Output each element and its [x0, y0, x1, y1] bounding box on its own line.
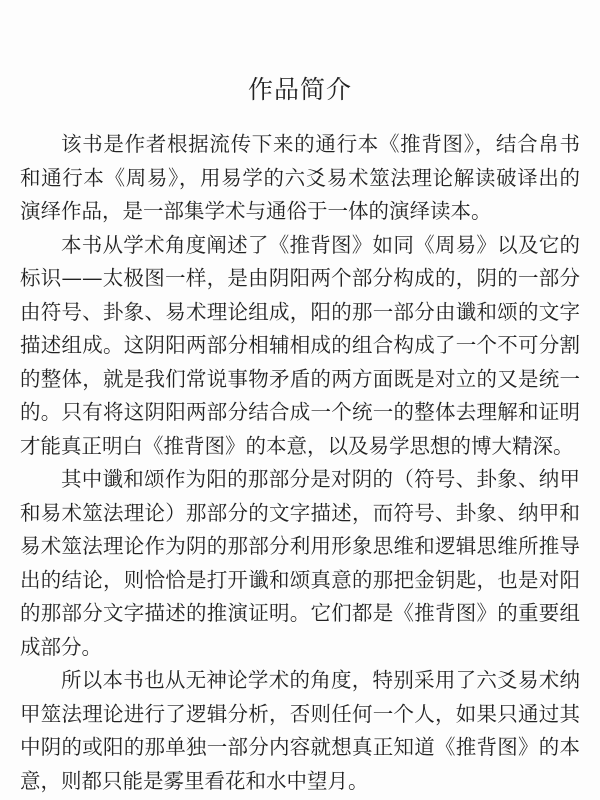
paragraph-4: 所以本书也从无神论学术的角度，特别采用了六爻易术纳甲筮法理论进行了逻辑分析，否则… — [20, 664, 580, 798]
paragraph-1: 该书是作者根据流传下来的通行本《推背图》，结合帛书和通行本《周易》，用易学的六爻… — [20, 128, 580, 229]
paragraph-3: 其中谶和颂作为阳的那部分是对阴的（符号、卦象、纳甲和易术筮法理论）那部分的文字描… — [20, 463, 580, 664]
document-body: 该书是作者根据流传下来的通行本《推背图》，结合帛书和通行本《周易》，用易学的六爻… — [20, 128, 580, 798]
page-title: 作品简介 — [0, 70, 600, 106]
document-page: 作品简介 该书是作者根据流传下来的通行本《推背图》，结合帛书和通行本《周易》，用… — [0, 0, 600, 800]
paragraph-2: 本书从学术角度阐述了《推背图》如同《周易》以及它的标识——太极图一样，是由阴阳两… — [20, 229, 580, 464]
